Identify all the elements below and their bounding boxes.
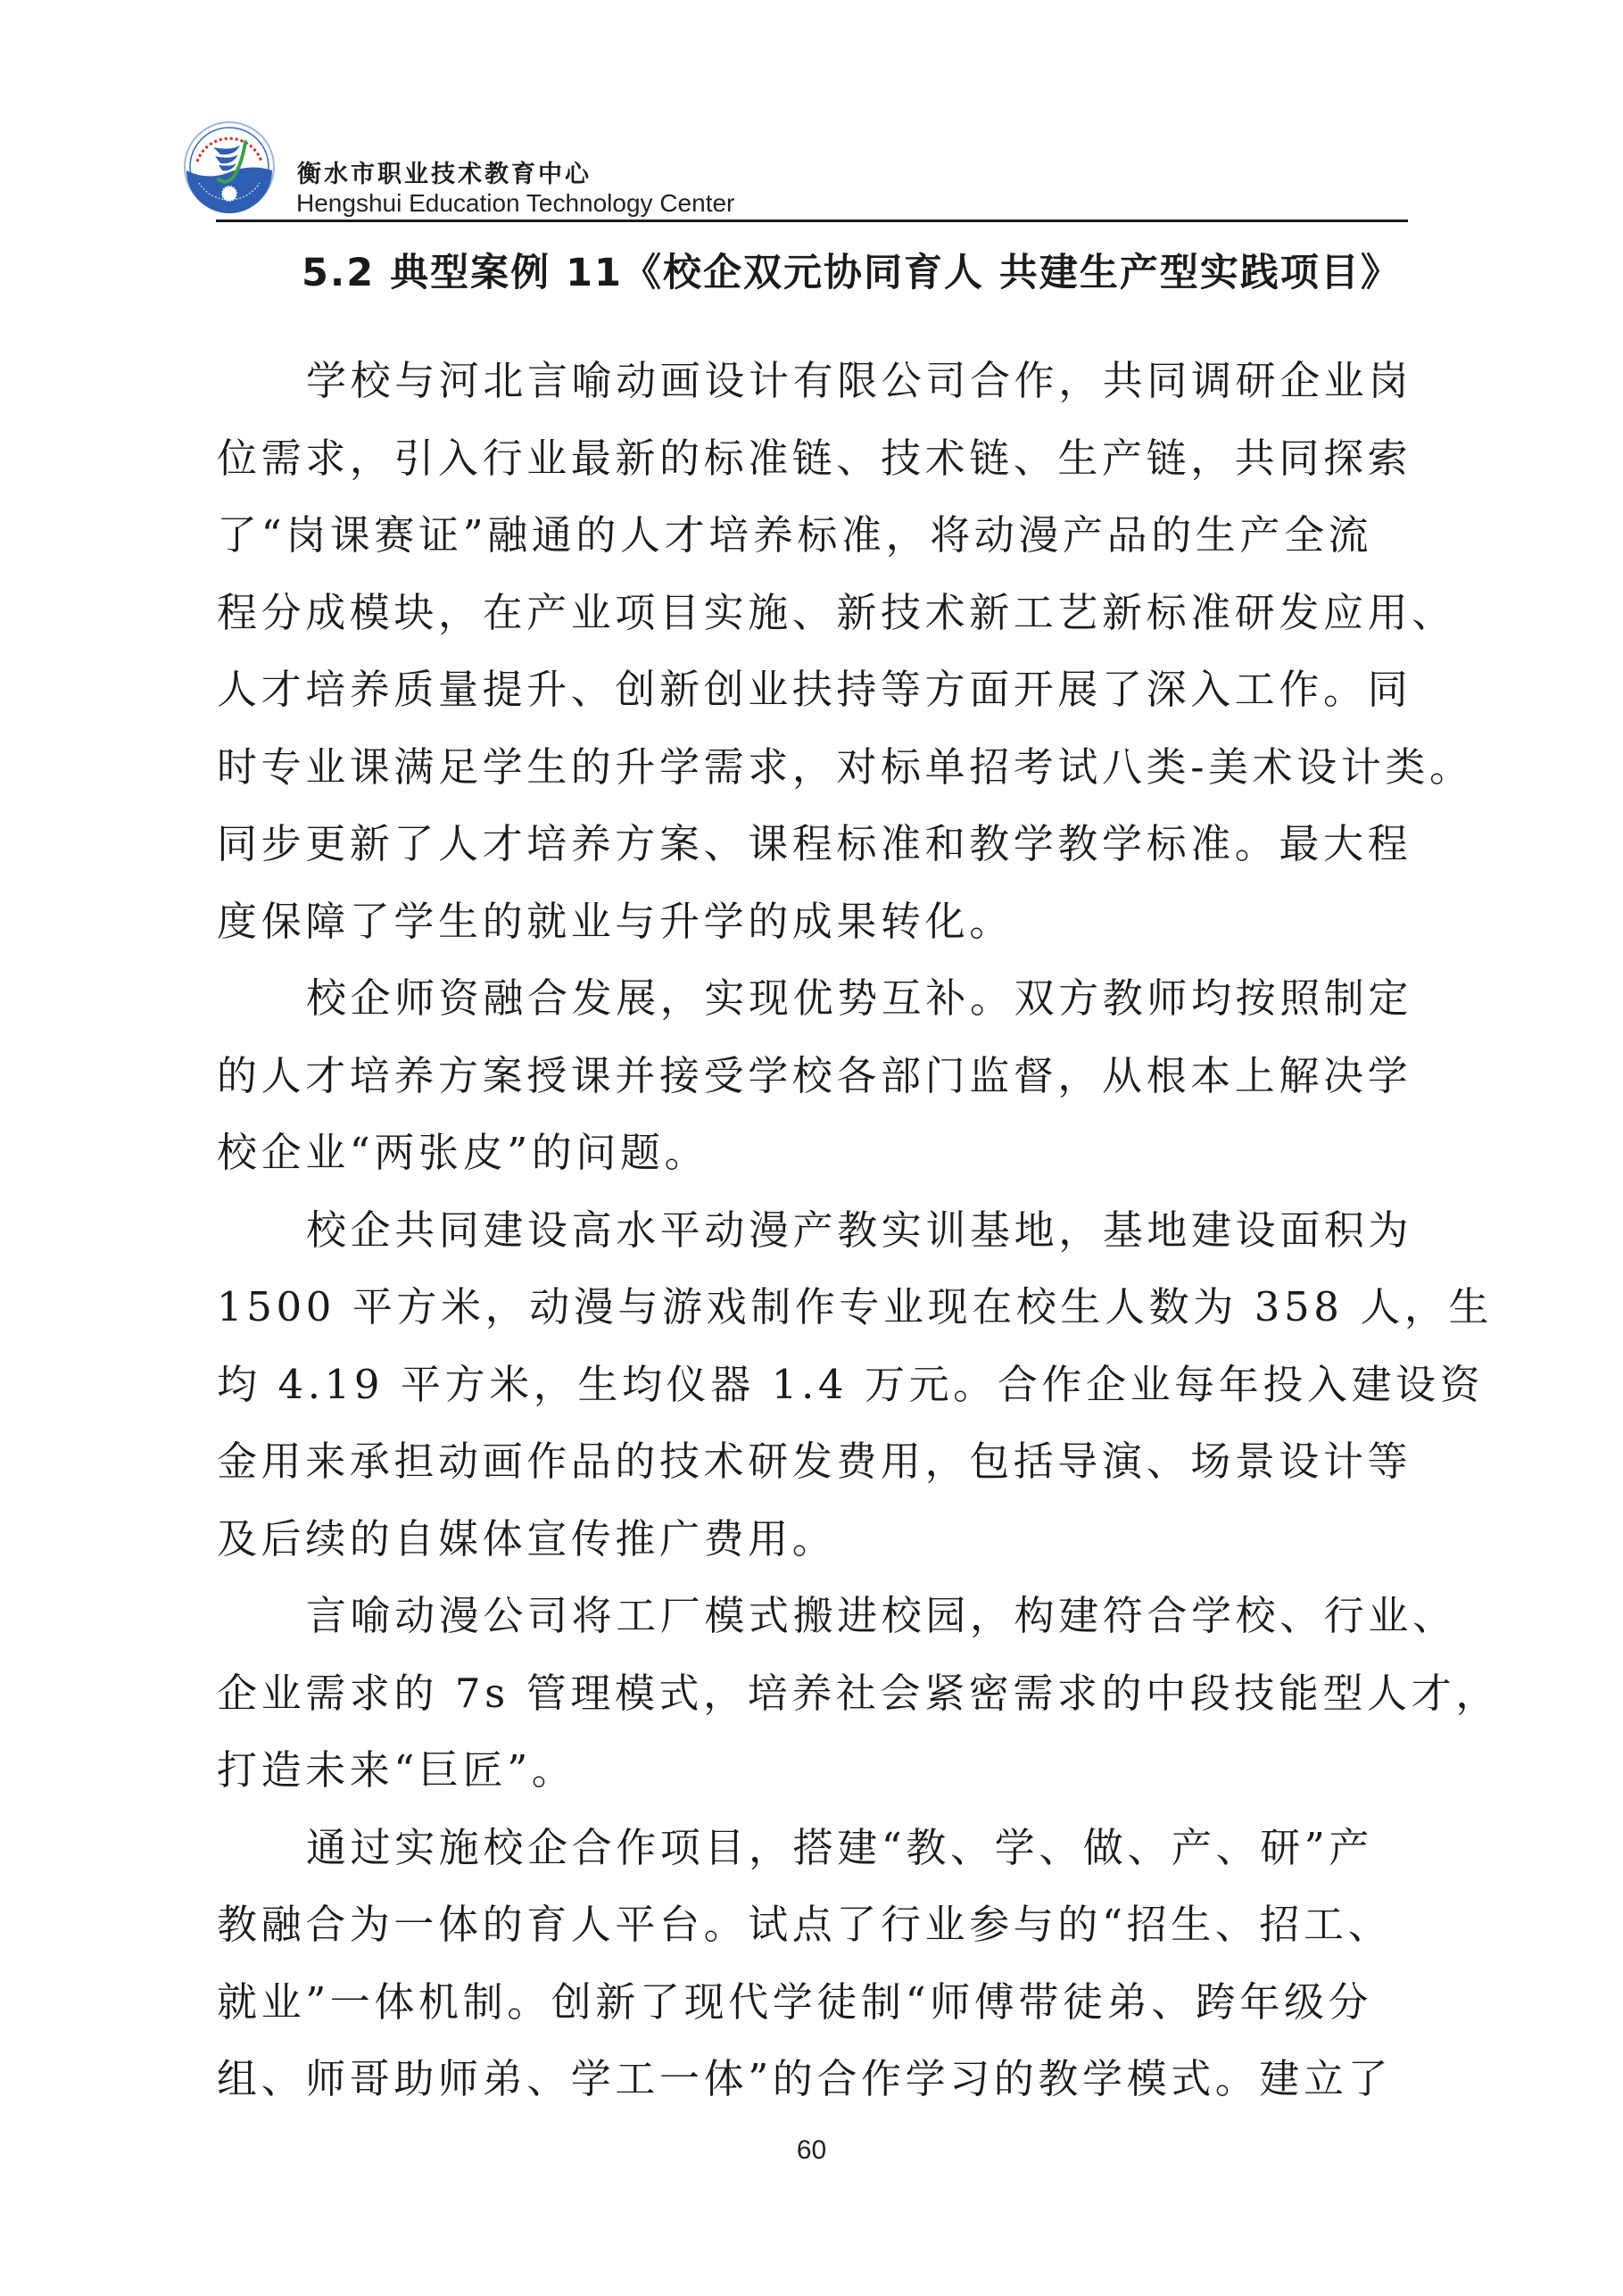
text-line: 的人才培养方案授课并接受学校各部门监督，从根本上解决学 [217,1038,1412,1115]
paragraph-1: 学校与河北言喻动画设计有限公司合作，共同调研企业岗 位需求，引入行业最新的标准链… [217,343,1412,960]
school-emblem-logo-icon [183,120,276,213]
text-line: 均 4.19 平方米，生均仪器 1.4 万元。合作企业每年投入建设资 [217,1347,1412,1424]
text-line: 1500 平方米，动漫与游戏制作专业现在校生人数为 358 人，生 [217,1269,1412,1347]
document-page: 衡水市职业技术教育中心 Hengshui Education Technolog… [0,0,1623,2296]
text-line: 位需求，引入行业最新的标准链、技术链、生产链，共同探索 [217,420,1412,498]
text-line: 打造未来“巨匠”。 [217,1732,1412,1810]
text-line: 学校与河北言喻动画设计有限公司合作，共同调研企业岗 [217,343,1412,420]
text-line: 就业”一体机制。创新了现代学徒制“师傅带徒弟、跨年级分 [217,1964,1412,2042]
text-line: 金用来承担动画作品的技术研发费用，包括导演、场景设计等 [217,1423,1412,1501]
text-line: 时专业课满足学生的升学需求，对标单招考试八类-美术设计类。 [217,729,1412,807]
text-line: 通过实施校企合作项目，搭建“教、学、做、产、研”产 [217,1810,1412,1887]
text-line: 人才培养质量提升、创新创业扶持等方面开展了深入工作。同 [217,651,1412,729]
text-line: 校企师资融合发展，实现优势互补。双方教师均按照制定 [217,960,1412,1038]
text-line: 程分成模块，在产业项目实施、新技术新工艺新标准研发应用、 [217,575,1412,652]
text-line: 教融合为一体的育人平台。试点了行业参与的“招生、招工、 [217,1886,1412,1964]
page-header: 衡水市职业技术教育中心 Hengshui Education Technolog… [183,120,1410,223]
page-number: 60 [0,2135,1623,2166]
section-title: 5.2 典型案例 11《校企双元协同育人 共建生产型实践项目》 [302,243,1401,297]
text-line: 及后续的自媒体宣传推广费用。 [217,1501,1412,1579]
text-line: 言喻动漫公司将工厂模式搬进校园，构建符合学校、行业、 [217,1578,1412,1655]
org-name-english: Hengshui Education Technology Center [296,189,734,218]
text-line: 企业需求的 7s 管理模式，培养社会紧密需求的中段技能型人才， [217,1655,1412,1733]
text-line: 组、师哥助师弟、学工一体”的合作学习的教学模式。建立了 [217,2041,1412,2118]
text-line: 校企业“两张皮”的问题。 [217,1115,1412,1192]
header-divider [216,220,1408,222]
paragraph-4: 言喻动漫公司将工厂模式搬进校园，构建符合学校、行业、 企业需求的 7s 管理模式… [217,1578,1412,1810]
body-text: 学校与河北言喻动画设计有限公司合作，共同调研企业岗 位需求，引入行业最新的标准链… [217,343,1412,2118]
org-name-chinese: 衡水市职业技术教育中心 [297,154,592,189]
text-line: 了“岗课赛证”融通的人才培养标准，将动漫产品的生产全流 [217,497,1412,575]
paragraph-5: 通过实施校企合作项目，搭建“教、学、做、产、研”产 教融合为一体的育人平台。试点… [217,1810,1412,2118]
text-line: 校企共同建设高水平动漫产教实训基地，基地建设面积为 [217,1192,1412,1270]
paragraph-3: 校企共同建设高水平动漫产教实训基地，基地建设面积为 1500 平方米，动漫与游戏… [217,1192,1412,1579]
text-line: 同步更新了人才培养方案、课程标准和教学教学标准。最大程 [217,806,1412,883]
paragraph-2: 校企师资融合发展，实现优势互补。双方教师均按照制定 的人才培养方案授课并接受学校… [217,960,1412,1192]
text-line: 度保障了学生的就业与升学的成果转化。 [217,883,1412,961]
